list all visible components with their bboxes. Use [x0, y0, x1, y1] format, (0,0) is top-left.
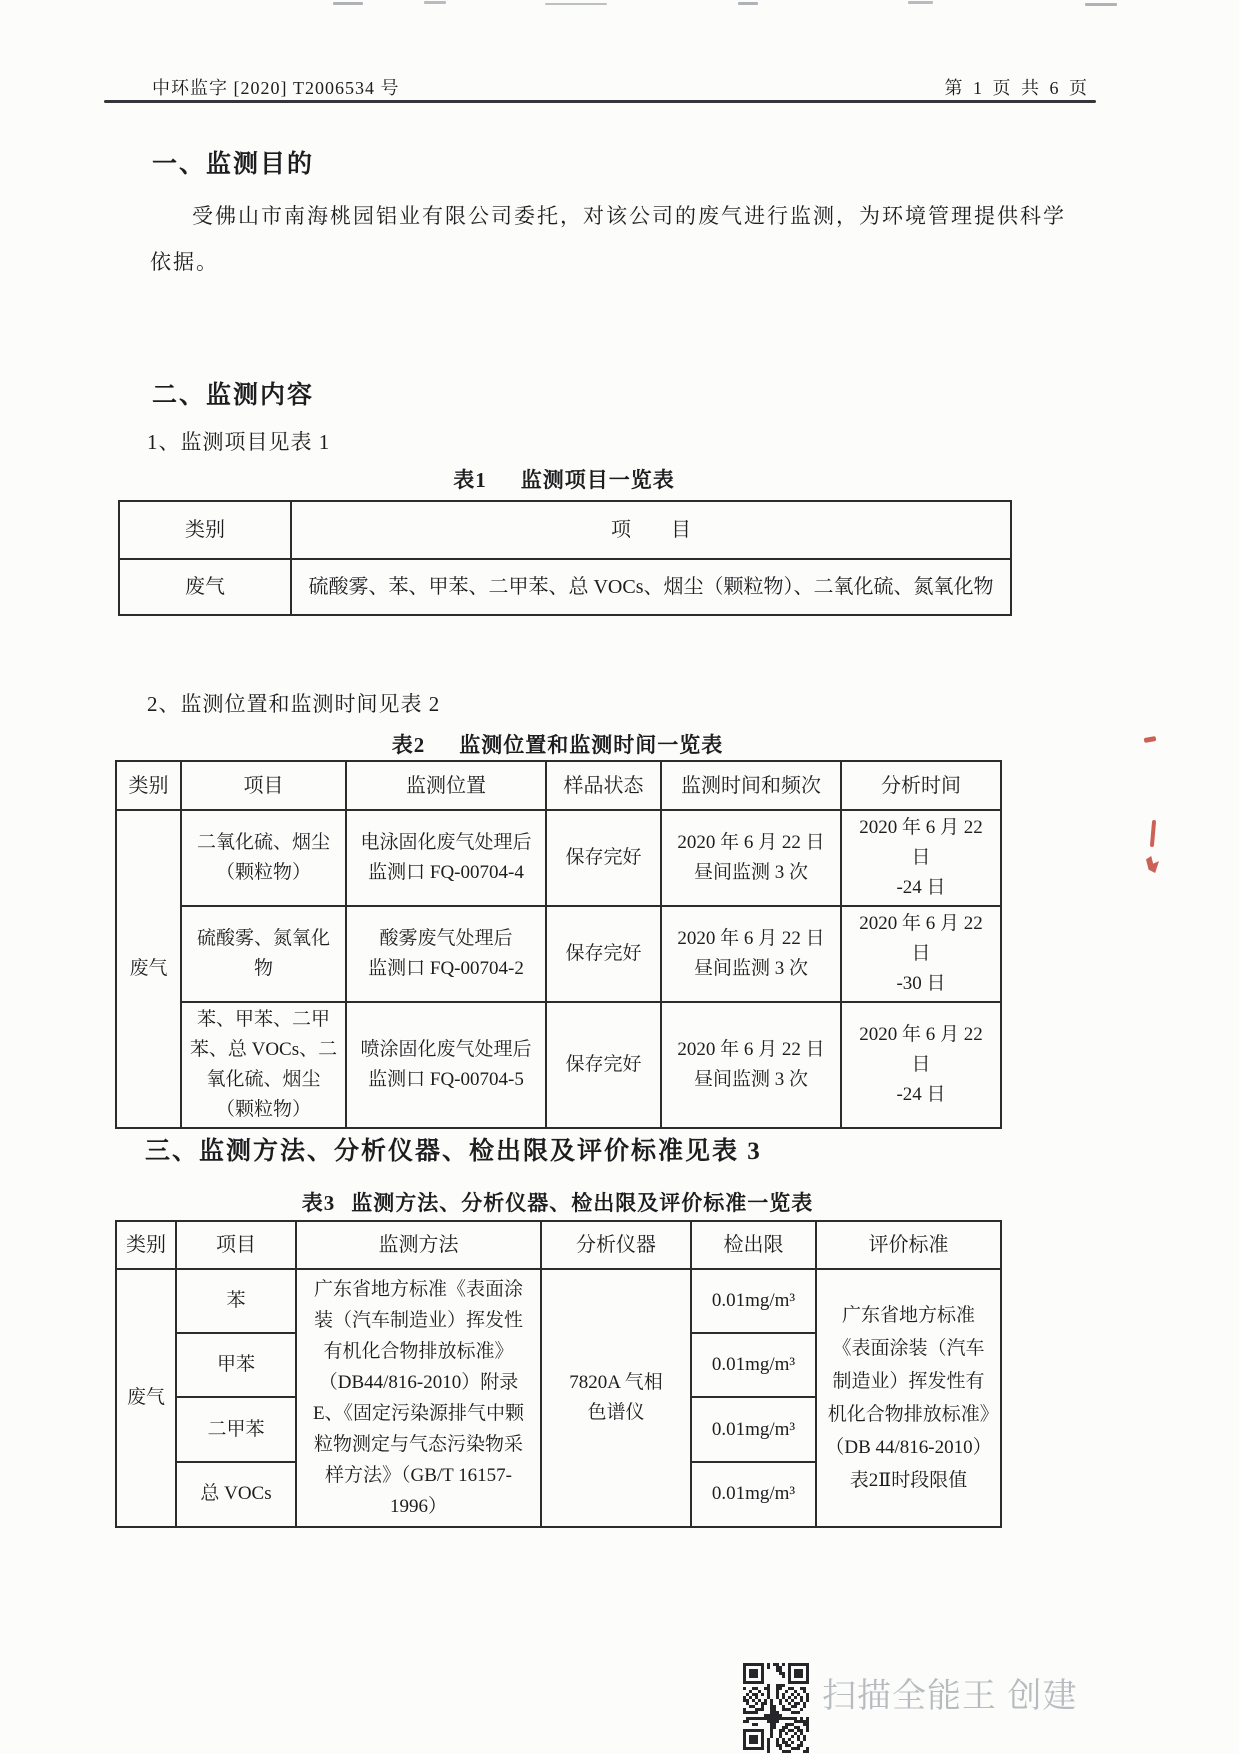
text-line: 2020 年 6 月 22 日 [668, 1035, 834, 1065]
scan-edge-artifact [333, 2, 363, 5]
t3-cell-standard: 广东省地方标准《表面涂装（汽车制造业）挥发性有机化合物排放标准》（DB 44/8… [816, 1269, 1001, 1527]
t3-cell-method: 广东省地方标准《表面涂装（汽车制造业）挥发性有机化合物排放标准》（DB44/81… [296, 1269, 541, 1527]
table2-caption: 表2监测位置和监测时间一览表 [115, 729, 1000, 759]
section-title-monitoring-content: 二、监测内容 [152, 375, 314, 411]
text-line: 色谱仪 [548, 1398, 684, 1428]
t3-header-instrument: 分析仪器 [541, 1221, 691, 1269]
t2-cell-analysis-row1: 2020 年 6 月 22 日 -24 日 [841, 810, 1001, 906]
t2-cell-category: 废气 [116, 810, 181, 1128]
table2-caption-title: 监测位置和监测时间一览表 [459, 733, 723, 757]
t2-cell-analysis-row3: 2020 年 6 月 22 日 -24 日 [841, 1002, 1001, 1128]
t2-header-sample-status: 样品状态 [546, 761, 661, 810]
camscanner-watermark: 扫描全能王 创建 [822, 1668, 1077, 1717]
t2-cell-analysis-row2: 2020 年 6 月 22 日 -30 日 [841, 906, 1001, 1002]
scan-edge-artifact [424, 1, 446, 4]
document-number: 中环监字 [2020] T2006534 号 [152, 74, 399, 100]
table2-caption-number: 表2 [392, 733, 426, 757]
t2-cell-schedule-row1: 2020 年 6 月 22 日 昼间监测 3 次 [661, 810, 841, 906]
t3-cell-category: 废气 [116, 1269, 176, 1527]
t3-header-category: 类别 [116, 1221, 176, 1269]
t2-header-project: 项目 [181, 761, 346, 810]
text-line: 监测口 FQ-00704-4 [353, 858, 539, 888]
table3-caption-title: 监测方法、分析仪器、检出限及评价标准一览表 [351, 1191, 813, 1215]
text-line: 电泳固化废气处理后 [353, 828, 539, 858]
t3-cell-project-xylene: 二甲苯 [176, 1397, 296, 1461]
t3-cell-instrument: 7820A 气相 色谱仪 [541, 1269, 691, 1527]
section-title-monitoring-purpose: 一、监测目的 [152, 144, 314, 180]
table1-caption: 表1监测项目一览表 [118, 464, 1010, 494]
red-pen-mark [1150, 820, 1156, 847]
table2-monitoring-locations-times: 类别 项目 监测位置 样品状态 监测时间和频次 分析时间 废气 二氧化硫、烟尘（… [115, 760, 1002, 1129]
t2-cell-project-row1: 二氧化硫、烟尘（颗粒物） [181, 810, 346, 906]
red-pen-mark [1146, 856, 1159, 873]
t2-cell-location-row1: 电泳固化废气处理后 监测口 FQ-00704-4 [346, 810, 546, 906]
text-line: 7820A 气相 [548, 1368, 684, 1398]
table3-caption: 表3监测方法、分析仪器、检出限及评价标准一览表 [115, 1187, 1000, 1217]
t3-header-standard: 评价标准 [816, 1221, 1001, 1269]
page-number-indicator: 第 1 页 共 6 页 [945, 74, 1091, 100]
text-line: 2020 年 6 月 22 日 [848, 1020, 994, 1080]
table3-methods-instruments-limits: 类别 项目 监测方法 分析仪器 检出限 评价标准 废气 苯 广东省地方标准《表面… [115, 1220, 1002, 1528]
text-line: 酸雾废气处理后 [353, 924, 539, 954]
t2-header-time-frequency: 监测时间和频次 [661, 761, 841, 810]
text-line: 2020 年 6 月 22 日 [668, 924, 834, 954]
t1-header-category: 类别 [119, 501, 291, 559]
t3-header-method: 监测方法 [296, 1221, 541, 1269]
scan-edge-artifact [545, 3, 607, 5]
table1-caption-title: 监测项目一览表 [521, 468, 675, 492]
scanned-document-page: 中环监字 [2020] T2006534 号 第 1 页 共 6 页 一、监测目… [0, 0, 1239, 1754]
t3-cell-project-toluene: 甲苯 [176, 1333, 296, 1397]
list-item-table1-reference: 1、监测项目见表 1 [147, 426, 330, 456]
text-line: 监测口 FQ-00704-2 [353, 954, 539, 984]
t2-header-analysis-time: 分析时间 [841, 761, 1001, 810]
t3-cell-limit-benzene: 0.01mg/m³ [691, 1269, 816, 1333]
t2-header-category: 类别 [116, 761, 181, 810]
header-divider [104, 100, 1096, 103]
scan-edge-artifact [738, 2, 758, 5]
t2-cell-location-row3: 喷涂固化废气处理后 监测口 FQ-00704-5 [346, 1002, 546, 1128]
t3-cell-limit-toluene: 0.01mg/m³ [691, 1333, 816, 1397]
t3-cell-project-total-vocs: 总 VOCs [176, 1462, 296, 1527]
section-title-methods-instruments: 三、监测方法、分析仪器、检出限及评价标准见表 3 [145, 1131, 762, 1167]
red-pen-mark [1144, 736, 1157, 743]
text-line: -30 日 [848, 969, 994, 999]
t3-cell-limit-total-vocs: 0.01mg/m³ [691, 1462, 816, 1527]
table3-caption-number: 表3 [302, 1191, 336, 1215]
text-line: 监测口 FQ-00704-5 [353, 1065, 539, 1095]
t3-cell-project-benzene: 苯 [176, 1269, 296, 1333]
t1-header-project: 项 目 [291, 501, 1011, 559]
camscanner-qr-code [743, 1663, 809, 1753]
monitoring-purpose-paragraph: 受佛山市南海桃园铝业有限公司委托，对该公司的废气进行监测，为环境管理提供科学依据… [150, 193, 1085, 285]
text-line: 2020 年 6 月 22 日 [668, 828, 834, 858]
table1-caption-number: 表1 [453, 468, 487, 492]
t3-cell-limit-xylene: 0.01mg/m³ [691, 1397, 816, 1461]
table1-monitoring-items: 类别 项 目 废气 硫酸雾、苯、甲苯、二甲苯、总 VOCs、烟尘（颗粒物）、二氧… [118, 500, 1012, 616]
text-line: -24 日 [848, 1080, 994, 1110]
t2-cell-status-row1: 保存完好 [546, 810, 661, 906]
t1-cell-project-list: 硫酸雾、苯、甲苯、二甲苯、总 VOCs、烟尘（颗粒物）、二氧化硫、氮氧化物 [291, 559, 1011, 615]
t3-header-project: 项目 [176, 1221, 296, 1269]
t1-cell-category: 废气 [119, 559, 291, 615]
t2-cell-status-row2: 保存完好 [546, 906, 661, 1002]
text-line: -24 日 [848, 873, 994, 903]
t3-header-detection-limit: 检出限 [691, 1221, 816, 1269]
text-line: 喷涂固化废气处理后 [353, 1035, 539, 1065]
scan-edge-artifact [1085, 3, 1117, 6]
t2-cell-schedule-row2: 2020 年 6 月 22 日 昼间监测 3 次 [661, 906, 841, 1002]
t2-cell-status-row3: 保存完好 [546, 1002, 661, 1128]
text-line: 昼间监测 3 次 [668, 954, 834, 984]
scan-edge-artifact [908, 1, 933, 4]
t2-header-location: 监测位置 [346, 761, 546, 810]
list-item-table2-reference: 2、监测位置和监测时间见表 2 [147, 688, 440, 718]
text-line: 昼间监测 3 次 [668, 1065, 834, 1095]
t2-cell-project-row2: 硫酸雾、氮氧化物 [181, 906, 346, 1002]
text-line: 2020 年 6 月 22 日 [848, 813, 994, 873]
t2-cell-location-row2: 酸雾废气处理后 监测口 FQ-00704-2 [346, 906, 546, 1002]
t2-cell-schedule-row3: 2020 年 6 月 22 日 昼间监测 3 次 [661, 1002, 841, 1128]
text-line: 昼间监测 3 次 [668, 858, 834, 888]
text-line: 2020 年 6 月 22 日 [848, 909, 994, 969]
t2-cell-project-row3: 苯、甲苯、二甲苯、总 VOCs、二氧化硫、烟尘（颗粒物） [181, 1002, 346, 1128]
